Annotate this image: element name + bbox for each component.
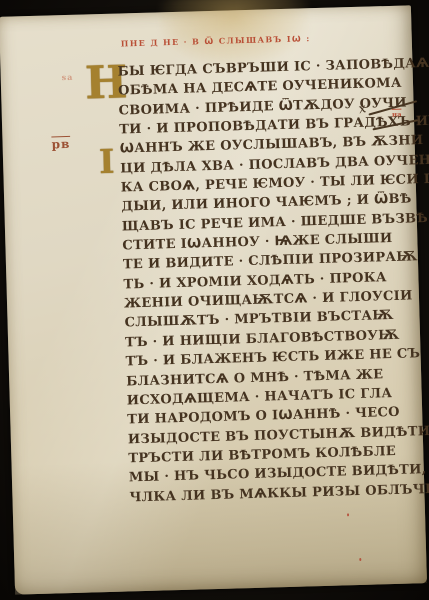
margin-zachalo-mark: ѕа <box>62 72 74 82</box>
ink-speck <box>359 558 361 561</box>
ink-speck <box>347 513 349 516</box>
text-column: бы ѥгда съвръши іс · заповѣдаѧ обѣма на … <box>117 54 421 507</box>
illuminated-initial-I: І <box>99 145 115 178</box>
manuscript-photo: пне д не · в ѿ слышавъ іѡ : ѕа рв Н І х … <box>0 0 429 600</box>
parchment-page: пне д не · в ѿ слышавъ іѡ : ѕа рв Н І х … <box>0 5 427 594</box>
margin-section-number: рв <box>51 137 70 152</box>
